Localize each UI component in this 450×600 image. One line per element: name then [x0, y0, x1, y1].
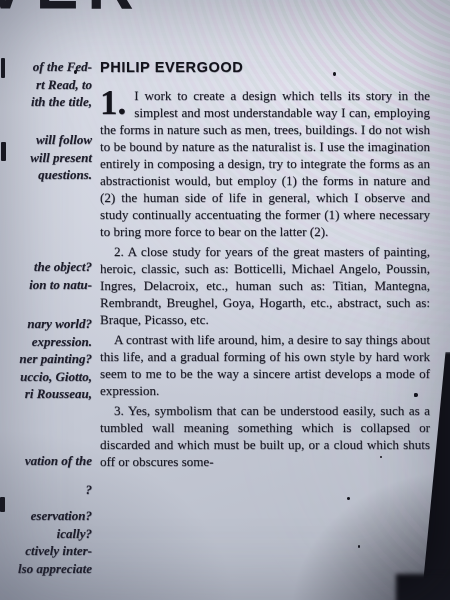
text-line: ?	[0, 481, 92, 499]
text-line: uccio, Giotto,	[0, 368, 92, 386]
text-line: vation of the	[0, 452, 92, 470]
dust-speck	[380, 456, 382, 458]
clipped-masthead-headline: VER	[0, 0, 204, 17]
cut-off-character-mark	[0, 497, 5, 512]
question-fragment-group: vation of the	[0, 452, 92, 470]
question-fragment-group: nary world?expression.ner painting?uccio…	[0, 315, 92, 403]
text-line: of the Fed-	[0, 58, 92, 76]
text-line: ically?	[0, 525, 92, 543]
question-fragment-group: ?	[0, 481, 92, 499]
text-line: ri Rousseau,	[0, 385, 92, 403]
photographed-book-page: VER of the Fed-rt Read, toith the title,…	[0, 0, 450, 600]
answer-paragraph-2: 2. A close study for years of the great …	[100, 243, 430, 328]
text-line: eservation?	[0, 507, 92, 525]
text-line: ctively inter-	[0, 542, 92, 560]
dust-speck	[333, 72, 336, 76]
question-fragment-group: eservation?ically?ctively inter-lso appr…	[0, 507, 92, 577]
dust-speck	[414, 393, 418, 397]
text-line: will present	[0, 149, 92, 167]
dust-speck	[358, 545, 360, 548]
answer-paragraph-1: 1.I work to create a design which tells …	[100, 87, 430, 240]
author-heading: PHILIP EVERGOOD	[100, 60, 430, 77]
text-line: questions.	[0, 166, 92, 184]
dust-speck	[347, 497, 350, 500]
text-line: ion to natu-	[0, 276, 92, 294]
text-line: will follow	[0, 131, 92, 149]
text-line: expression.	[0, 333, 92, 351]
dust-speck	[74, 70, 77, 74]
answer-column: PHILIP EVERGOOD 1.I work to create a des…	[100, 60, 430, 473]
answer-paragraph-3: A contrast with life around, him, a desi…	[100, 331, 430, 399]
text-line: nary world?	[0, 315, 92, 333]
cut-off-character-mark	[1, 142, 6, 161]
text-line: ith the title,	[0, 93, 92, 111]
text-line: ner painting?	[0, 350, 92, 368]
text-line: rt Read, to	[0, 76, 92, 94]
drop-cap-number: 1.	[100, 87, 134, 116]
answer-paragraph-4: 3. Yes, symbolism that can be understood…	[100, 402, 430, 470]
bottom-right-dark-corner	[396, 574, 450, 600]
masthead-letters: VER	[0, 0, 204, 17]
question-fragment-group: the object?ion to natu-	[0, 258, 92, 293]
answer-text-1: I work to create a design which tells it…	[100, 88, 430, 239]
cut-off-character-mark	[1, 58, 5, 78]
question-fragment-group: of the Fed-rt Read, toith the title,	[0, 58, 92, 111]
text-line: lso appreciate	[0, 560, 92, 578]
question-fragment-group: will followwill presentquestions.	[0, 131, 92, 184]
text-line: the object?	[0, 258, 92, 276]
